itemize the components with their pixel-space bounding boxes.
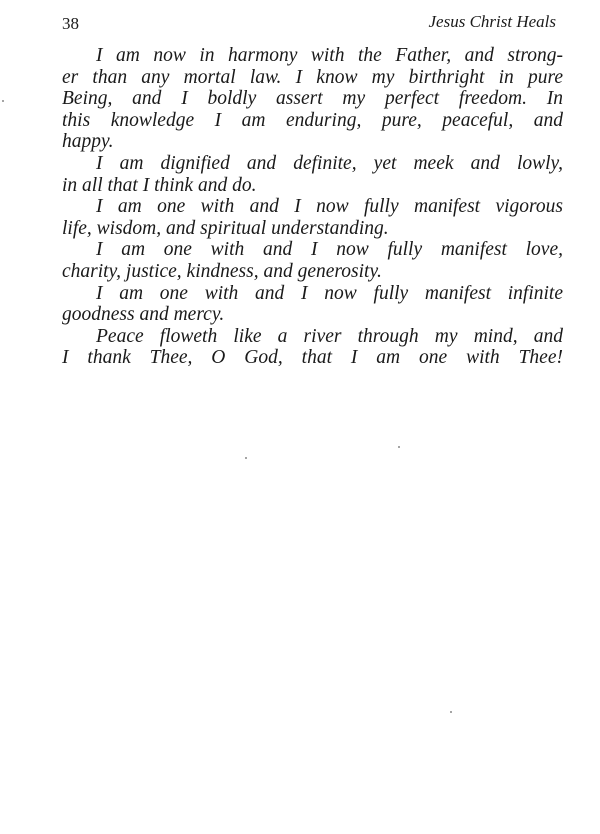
paragraph-goodness: I am one with and I now fully manifest i… (62, 283, 563, 326)
paragraph-harmony: I am now in harmony with the Father, and… (62, 45, 563, 153)
text-line: I am one with and I now fully manifest v… (62, 196, 563, 218)
text-line: this knowledge I am enduring, pure, peac… (62, 110, 563, 132)
text-line: goodness and mercy. (62, 304, 563, 326)
text-line: I am one with and I now fully manifest l… (62, 239, 563, 261)
text-line: I am now in harmony with the Father, and… (62, 45, 563, 67)
scan-speck (245, 457, 247, 459)
scan-speck (450, 711, 452, 713)
scan-speck (398, 446, 400, 448)
paragraph-love: I am one with and I now fully manifest l… (62, 239, 563, 282)
text-line: I thank Thee, O God, that I am one with … (62, 347, 563, 369)
text-line: I am dignified and definite, yet meek an… (62, 153, 563, 175)
text-line: life, wisdom, and spiritual understandin… (62, 218, 563, 240)
text-line: Being, and I boldly assert my perfect fr… (62, 88, 563, 110)
scan-speck (2, 100, 4, 102)
text-line: er than any mortal law. I know my birthr… (62, 67, 563, 89)
text-line: charity, justice, kindness, and generosi… (62, 261, 563, 283)
text-line: I am one with and I now fully manifest i… (62, 283, 563, 305)
paragraph-peace: Peace floweth like a river through my mi… (62, 326, 563, 369)
paragraph-dignified: I am dignified and definite, yet meek an… (62, 153, 563, 196)
body-text: I am now in harmony with the Father, and… (62, 45, 563, 369)
paragraph-vigorous-life: I am one with and I now fully manifest v… (62, 196, 563, 239)
running-head: Jesus Christ Heals (429, 12, 557, 32)
text-line: Peace floweth like a river through my mi… (62, 326, 563, 348)
text-line: in all that I think and do. (62, 175, 563, 197)
text-line: happy. (62, 131, 563, 153)
page-number: 38 (62, 14, 79, 34)
